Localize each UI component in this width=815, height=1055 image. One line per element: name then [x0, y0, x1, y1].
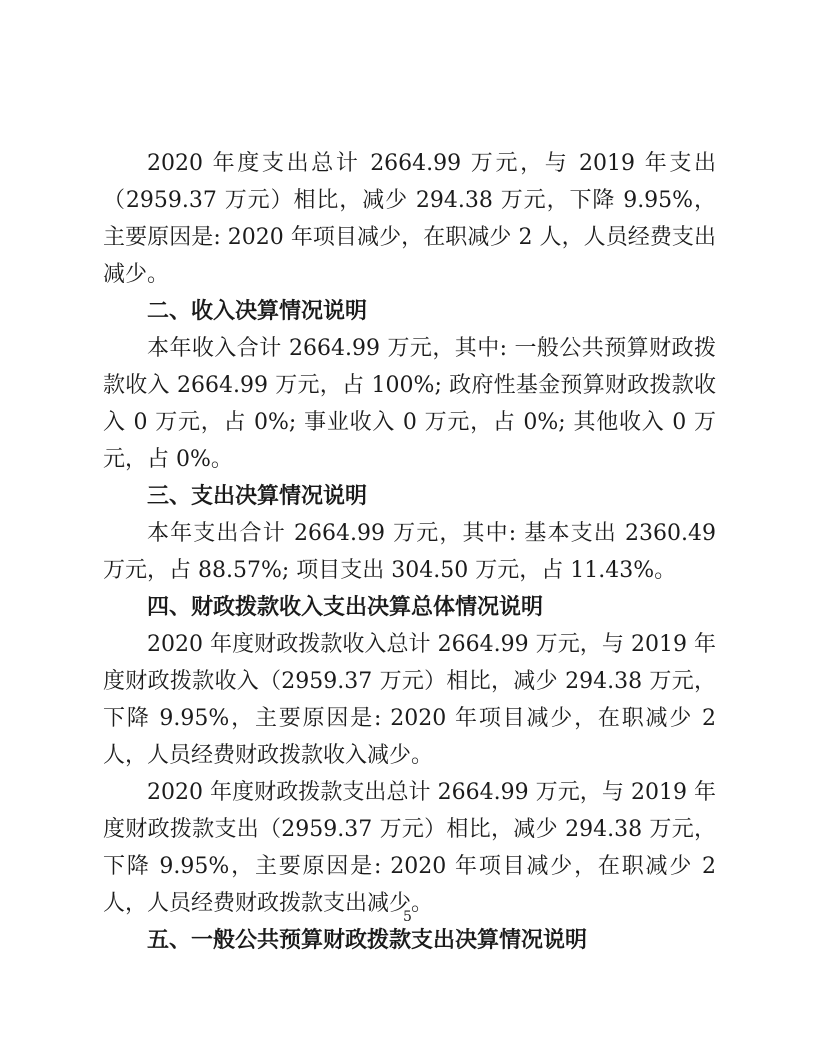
paragraph-fiscal-appropriation-income: 2020 年度财政拨款收入总计 2664.99 万元，与 2019 年度财政拨款… [103, 626, 716, 774]
paragraph-2020-expenditure-total: 2020 年度支出总计 2664.99 万元，与 2019 年支出（2959.3… [103, 145, 716, 293]
heading-section-5-general-public-budget-expenditure: 五、一般公共预算财政拨款支出决算情况说明 [103, 922, 716, 959]
heading-section-4-fiscal-appropriation-overview: 四、财政拨款收入支出决算总体情况说明 [103, 589, 716, 626]
heading-section-3-expenditure-final-accounts: 三、支出决算情况说明 [103, 478, 716, 515]
document-page: 2020 年度支出总计 2664.99 万元，与 2019 年支出（2959.3… [0, 0, 815, 1055]
page-number: 5 [0, 908, 815, 926]
document-content: 2020 年度支出总计 2664.99 万元，与 2019 年支出（2959.3… [103, 145, 716, 959]
paragraph-expenditure-detail: 本年支出合计 2664.99 万元，其中: 基本支出 2360.49 万元，占 … [103, 515, 716, 589]
paragraph-fiscal-appropriation-expenditure: 2020 年度财政拨款支出总计 2664.99 万元，与 2019 年度财政拨款… [103, 774, 716, 922]
heading-section-2-income-final-accounts: 二、收入决算情况说明 [103, 293, 716, 330]
paragraph-income-detail: 本年收入合计 2664.99 万元，其中: 一般公共预算财政拨款收入 2664.… [103, 330, 716, 478]
